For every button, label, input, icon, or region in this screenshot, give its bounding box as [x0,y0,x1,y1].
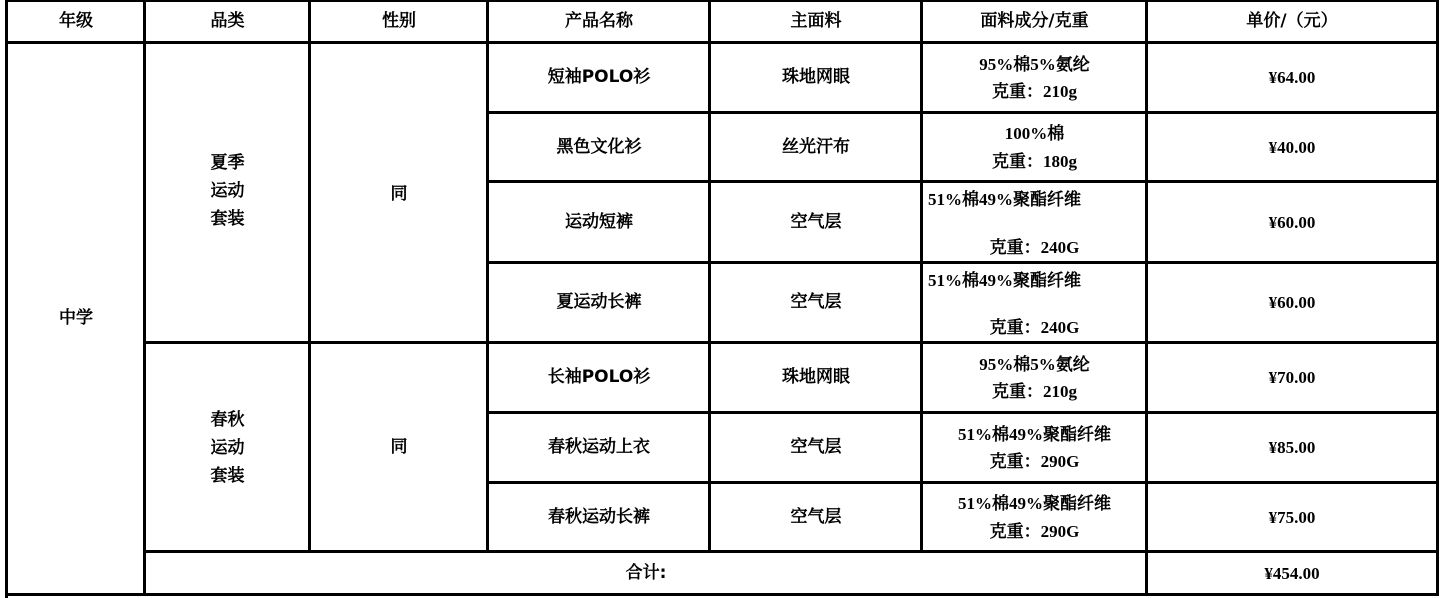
weight-text: 克重：240G [990,314,1080,341]
weight-text: 克重：290G [990,448,1080,475]
composition-text: 95%棉5%氨纶 [979,51,1090,78]
grid-line [488,111,1439,114]
unit-price: ¥64.00 [1147,43,1437,113]
weight-text: 克重：290G [990,518,1080,545]
category-line: 夏季 [211,149,245,177]
grid-line [5,0,8,598]
unit-price: ¥40.00 [1147,113,1437,182]
total-value: ¥454.00 [1147,552,1437,595]
grade-cell: 中学 [7,43,145,595]
grid-line [488,481,1439,484]
weight-text: 克重：210g [992,78,1077,105]
main-fabric: 珠地网眼 [710,343,922,413]
composition-cell: 51%棉49%聚酯纤维 克重：240G [922,182,1147,263]
composition-cell: 95%棉5%氨纶 克重：210g [922,343,1147,413]
header-product-name: 产品名称 [488,0,710,43]
unit-price: ¥75.00 [1147,483,1437,552]
product-name: 春秋运动长裤 [488,483,710,552]
product-name: 夏运动长裤 [488,263,710,343]
composition-text: 51%棉49%聚酯纤维 [958,490,1111,517]
unit-price: ¥60.00 [1147,182,1437,263]
main-fabric: 珠地网眼 [710,43,922,113]
grid-line [1436,0,1439,596]
grid-line [1145,0,1148,596]
grid-line [920,0,923,552]
weight-text: 克重：180g [992,148,1077,175]
total-label: 合计: [145,552,1147,595]
composition-cell: 51%棉49%聚酯纤维 克重：240G [922,263,1147,343]
grid-line [488,411,1439,414]
grid-line [145,550,1439,553]
weight-text: 克重：210g [992,378,1077,405]
grid-line [488,261,1439,264]
grid-line [708,0,711,552]
category-line: 运动 [211,434,245,462]
composition-text: 51%棉49%聚酯纤维 [922,186,1081,213]
unit-price: ¥60.00 [1147,263,1437,343]
category-cell-summer: 夏季 运动 套装 [145,43,310,343]
gender-cell-summer: 同 [310,43,488,343]
main-fabric: 空气层 [710,413,922,483]
composition-cell: 95%棉5%氨纶 克重：210g [922,43,1147,113]
weight-text: 克重：240G [990,234,1080,261]
composition-text: 51%棉49%聚酯纤维 [922,267,1081,294]
composition-cell: 100%棉 克重：180g [922,113,1147,182]
grid-line [5,593,1439,596]
main-fabric: 丝光汗布 [710,113,922,182]
main-fabric: 空气层 [710,483,922,552]
category-cell-spring-autumn: 春秋 运动 套装 [145,343,310,552]
category-line: 春秋 [211,406,245,434]
composition-text: 51%棉49%聚酯纤维 [958,421,1111,448]
category-line: 套装 [211,205,245,233]
grid-line [308,0,311,552]
main-fabric: 空气层 [710,182,922,263]
product-name: 黑色文化衫 [488,113,710,182]
header-gender: 性别 [310,0,488,43]
product-name: 短袖POLO衫 [488,43,710,113]
category-line: 套装 [211,462,245,490]
composition-cell: 51%棉49%聚酯纤维 克重：290G [922,483,1147,552]
header-grade: 年级 [7,0,145,43]
unit-price: ¥85.00 [1147,413,1437,483]
unit-price: ¥70.00 [1147,343,1437,413]
gender-cell-spring-autumn: 同 [310,343,488,552]
product-name: 长袖POLO衫 [488,343,710,413]
product-name: 运动短裤 [488,182,710,263]
grid-line [488,180,1439,183]
header-composition: 面料成分/克重 [922,0,1147,43]
grid-line [5,41,1439,44]
grid-line [5,0,1439,2]
composition-text: 95%棉5%氨纶 [979,351,1090,378]
product-name: 春秋运动上衣 [488,413,710,483]
composition-cell: 51%棉49%聚酯纤维 克重：290G [922,413,1147,483]
header-category: 品类 [145,0,310,43]
header-unit-price: 单价/（元） [1147,0,1437,43]
category-line: 运动 [211,177,245,205]
grid-line [486,0,489,552]
header-main-fabric: 主面料 [710,0,922,43]
grid-line [143,0,146,596]
main-fabric: 空气层 [710,263,922,343]
grid-line [145,341,1439,344]
composition-text: 100%棉 [1005,120,1065,147]
